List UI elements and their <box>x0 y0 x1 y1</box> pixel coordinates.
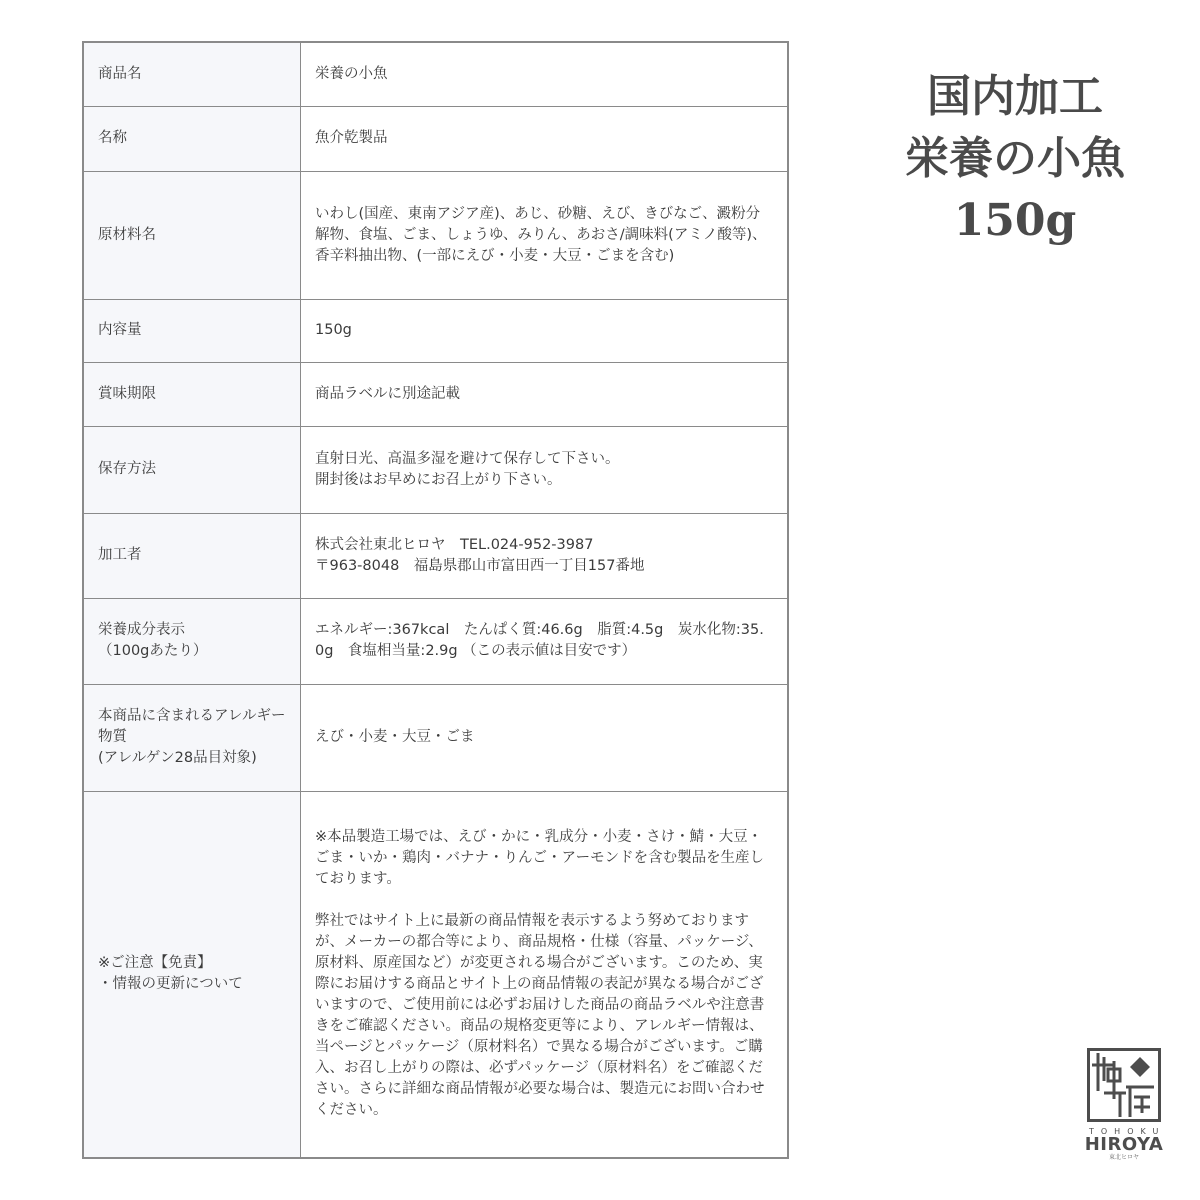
row-label-ingredients: 原材料名 <box>83 171 301 299</box>
row-value-disclaimer: ※本品製造工場では、えび・かに・乳成分・小麦・さけ・鯖・大豆・ごま・いか・鶏肉・… <box>301 791 789 1158</box>
disclaimer-factory-allergens: ※本品製造工場では、えび・かに・乳成分・小麦・さけ・鯖・大豆・ごま・いか・鶏肉・… <box>315 827 773 890</box>
row-label-product-name: 商品名 <box>83 42 301 106</box>
table-row: 栄養成分表示 （100gあたり） エネルギー:367kcal たんぱく質:46.… <box>83 598 788 684</box>
table-row: 賞味期限 商品ラベルに別途記載 <box>83 362 788 426</box>
table-row: 保存方法 直射日光、高温多湿を避けて保存して下さい。 開封後はお早めにお召上がり… <box>83 426 788 513</box>
logo-mark-icon <box>1087 1048 1161 1122</box>
row-value-product-name: 栄養の小魚 <box>301 42 789 106</box>
product-spec-table: 商品名 栄養の小魚 名称 魚介乾製品 原材料名 いわし(国産、東南アジア産)、あ… <box>82 41 789 1159</box>
headline-weight: 150g <box>840 190 1190 252</box>
table-row: 原材料名 いわし(国産、東南アジア産)、あじ、砂糖、えび、きびなご、澱粉分解物、… <box>83 171 788 299</box>
table-row: 加工者 株式会社東北ヒロヤ TEL.024-952-3987 〒963-8048… <box>83 513 788 598</box>
headline-origin: 国内加工 <box>840 66 1190 128</box>
table-row: ※ご注意【免責】 ・情報の更新について ※本品製造工場では、えび・かに・乳成分・… <box>83 791 788 1158</box>
tohoku-hiroya-logo: TOHOKU HIROYA 東北ヒロヤ <box>1083 1048 1165 1162</box>
row-value-storage: 直射日光、高温多湿を避けて保存して下さい。 開封後はお早めにお召上がり下さい。 <box>301 426 789 513</box>
row-label-best-before: 賞味期限 <box>83 362 301 426</box>
row-label-content-amount: 内容量 <box>83 299 301 362</box>
table-row: 名称 魚介乾製品 <box>83 106 788 171</box>
row-value-allergens: えび・小麦・大豆・ごま <box>301 684 789 791</box>
disclaimer-info-update: 弊社ではサイト上に最新の商品情報を表示するよう努めておりますが、メーカーの都合等… <box>315 911 773 1121</box>
headline-product-name: 栄養の小魚 <box>840 128 1190 190</box>
table-row: 商品名 栄養の小魚 <box>83 42 788 106</box>
row-value-ingredients: いわし(国産、東南アジア産)、あじ、砂糖、えび、きびなご、澱粉分解物、食塩、ごま… <box>301 171 789 299</box>
row-label-disclaimer: ※ご注意【免責】 ・情報の更新について <box>83 791 301 1158</box>
paragraph-gap <box>315 890 773 911</box>
row-value-best-before: 商品ラベルに別途記載 <box>301 362 789 426</box>
row-value-content-amount: 150g <box>301 299 789 362</box>
row-label-storage: 保存方法 <box>83 426 301 513</box>
row-label-name: 名称 <box>83 106 301 171</box>
logo-japanese-name: 東北ヒロヤ <box>1083 1154 1165 1162</box>
row-value-processor: 株式会社東北ヒロヤ TEL.024-952-3987 〒963-8048 福島県… <box>301 513 789 598</box>
product-headline: 国内加工 栄養の小魚 150g <box>840 66 1190 252</box>
row-value-name: 魚介乾製品 <box>301 106 789 171</box>
hiroya-kanji-mark-icon <box>1090 1051 1158 1119</box>
row-label-allergens: 本商品に含まれるアレルギー物質 (アレルゲン28品目対象) <box>83 684 301 791</box>
logo-wordmark: HIROYA <box>1083 1136 1165 1154</box>
table-row: 内容量 150g <box>83 299 788 362</box>
row-label-nutrition: 栄養成分表示 （100gあたり） <box>83 598 301 684</box>
table-row: 本商品に含まれるアレルギー物質 (アレルゲン28品目対象) えび・小麦・大豆・ご… <box>83 684 788 791</box>
row-label-processor: 加工者 <box>83 513 301 598</box>
row-value-nutrition: エネルギー:367kcal たんぱく質:46.6g 脂質:4.5g 炭水化物:3… <box>301 598 789 684</box>
